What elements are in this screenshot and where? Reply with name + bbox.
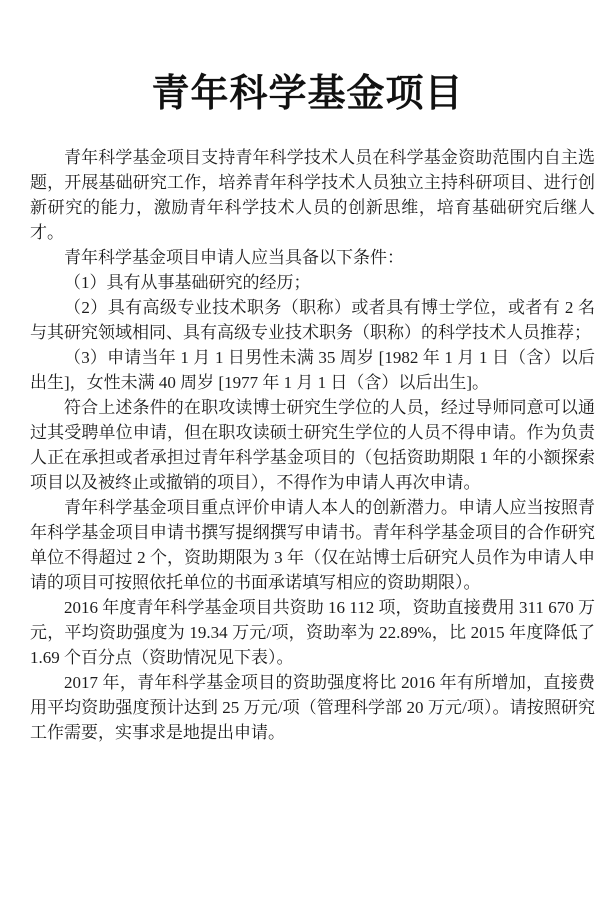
paragraph-condition-1: （1）具有从事基础研究的经历； xyxy=(30,270,595,295)
paragraph-conditions-intro: 青年科学基金项目申请人应当具备以下条件： xyxy=(30,245,595,270)
paragraph-evaluation-note: 青年科学基金项目重点评价申请人本人的创新潜力。申请人应当按照青年科学基金项目申请… xyxy=(30,495,595,595)
paragraph-funding-2016: 2016 年度青年科学基金项目共资助 16 112 项，资助直接费用 311 6… xyxy=(30,595,595,670)
document-page: 青年科学基金项目 青年科学基金项目支持青年科学技术人员在科学基金资助范围内自主选… xyxy=(0,0,615,900)
document-title: 青年科学基金项目 xyxy=(0,0,615,120)
paragraph-condition-2: （2）具有高级专业技术职务（职称）或者具有博士学位，或者有 2 名与其研究领域相… xyxy=(30,295,595,345)
paragraph-intro: 青年科学基金项目支持青年科学技术人员在科学基金资助范围内自主选题，开展基础研究工… xyxy=(30,145,595,245)
paragraph-eligibility-note: 符合上述条件的在职攻读博士研究生学位的人员，经过导师同意可以通过其受聘单位申请，… xyxy=(30,395,595,495)
document-body: 青年科学基金项目支持青年科学技术人员在科学基金资助范围内自主选题，开展基础研究工… xyxy=(30,145,595,745)
paragraph-condition-3: （3）申请当年 1 月 1 日男性未满 35 周岁 [1982 年 1 月 1 … xyxy=(30,345,595,395)
paragraph-funding-2017: 2017 年，青年科学基金项目的资助强度将比 2016 年有所增加，直接费用平均… xyxy=(30,670,595,745)
